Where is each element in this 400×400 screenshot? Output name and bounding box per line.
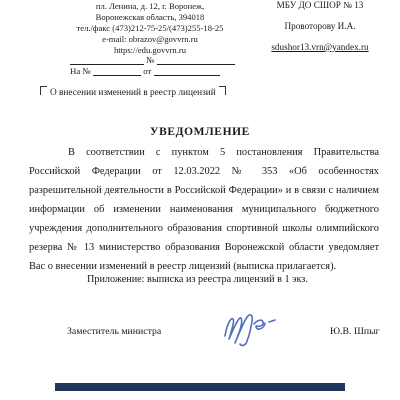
recipient-person: Провоторову И.А. [250,16,390,37]
on-number-label: На № [70,66,91,76]
incoming-ref-row: На № от [70,66,250,76]
sender-address-block: пл. Ленина, д. 12, г. Воронеж, Воронежск… [52,1,248,56]
signature-stroke [225,315,275,346]
outgoing-number-blank [70,56,144,65]
attachment-note: Приложение: выписка из реестра лицензий … [87,274,308,285]
document-page: пл. Ленина, д. 12, г. Воронеж, Воронежск… [0,0,400,400]
from-label: от [143,66,151,76]
reference-block: № На № от [70,55,250,77]
incoming-number-blank [93,67,141,76]
recipient-block: МБУ ДО СШОР № 13 Провоторову И.А. sdusho… [250,0,390,58]
footer-bar [55,383,345,391]
outgoing-date-blank [157,56,235,65]
sender-address-line: тел./факс (473)212-75-25/(473)255-18-25 [52,23,248,34]
corner-mark-left [40,86,47,95]
recipient-org: МБУ ДО СШОР № 13 [250,0,390,16]
sender-email-line: e-mail: obrazov@govvrn.ru [52,34,248,45]
recipient-email-link[interactable]: sdushor13.vrn@yandex.ru [250,37,390,58]
incoming-date-blank [154,67,220,76]
number-sign-label: № [146,55,154,65]
corner-mark-right [219,86,226,95]
signer-position: Заместитель министра [67,326,161,337]
document-title: УВЕДОМЛЕНИЕ [0,126,400,138]
outgoing-ref-row: № [70,55,250,65]
signer-name: Ю.В. Шпыг [330,326,380,337]
subject-line: О внесении изменений в реестр лицензий [40,86,226,98]
body-paragraph: В соответствии с пунктом 5 постановления… [29,143,379,276]
sender-address-line: Воронежская область, 394018 [52,12,248,23]
subject-text: О внесении изменений в реестр лицензий [50,88,216,98]
sender-address-line: пл. Ленина, д. 12, г. Воронеж, [52,1,248,12]
handwritten-signature [218,310,278,348]
